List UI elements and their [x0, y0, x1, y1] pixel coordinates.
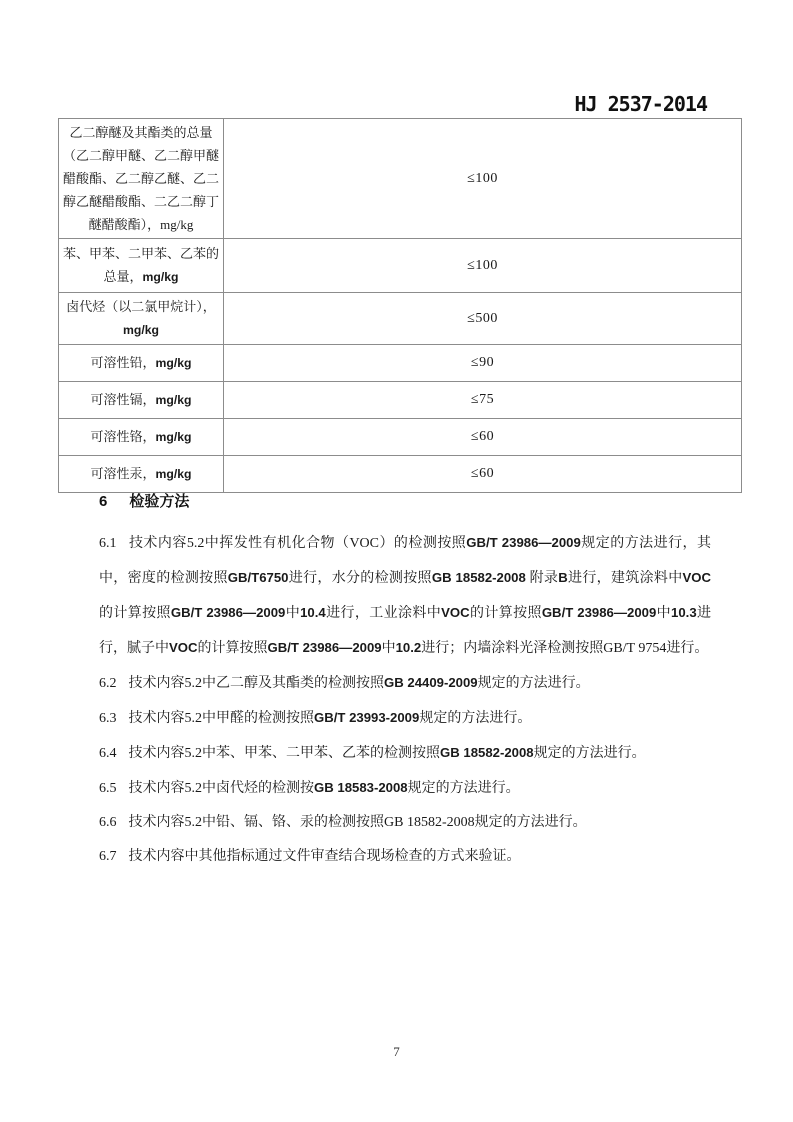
limit-cell: ≤60 — [224, 456, 742, 493]
clause-6-2: 6.2技术内容5.2中乙二醇及其酯类的检测按照GB 24409-2009规定的方… — [99, 666, 711, 701]
clause-text: 技术内容5.2中挥发性有机化合物（VOC）的检测按照GB/T 23986—200… — [99, 536, 711, 656]
clause-6-7: 6.7技术内容中其他指标通过文件审查结合现场检查的方式来验证。 — [99, 840, 711, 874]
document-page: HJ 2537-2014 乙二醇醚及其酯类的总量（乙二醇甲醚、乙二醇甲醚醋酸酯、… — [0, 0, 793, 1122]
clause-text: 技术内容5.2中苯、甲苯、二甲苯、乙苯的检测按照GB 18582-2008规定的… — [129, 746, 646, 761]
clause-6-6: 6.6技术内容5.2中铅、镉、铬、汞的检测按照GB 18582-2008规定的方… — [99, 806, 711, 840]
clause-number: 6.4 — [99, 737, 117, 771]
clause-number: 6.7 — [99, 840, 117, 874]
clause-text: 技术内容5.2中卤代烃的检测按GB 18583-2008规定的方法进行。 — [129, 781, 520, 796]
limit-cell: ≤100 — [224, 239, 742, 293]
standard-code: HJ 2537-2014 — [575, 92, 708, 116]
table-row: 苯、甲苯、二甲苯、乙苯的总量，mg/kg ≤100 — [59, 239, 742, 293]
clause-6-5: 6.5技术内容5.2中卤代烃的检测按GB 18583-2008规定的方法进行。 — [99, 771, 711, 806]
page-number: 7 — [0, 1044, 793, 1060]
clause-number: 6.5 — [99, 772, 117, 806]
limit-cell: ≤90 — [224, 345, 742, 382]
limit-cell: ≤500 — [224, 293, 742, 345]
parameter-cell: 可溶性铬，mg/kg — [59, 419, 224, 456]
clause-number: 6.1 — [99, 527, 117, 561]
table-row: 乙二醇醚及其酯类的总量（乙二醇甲醚、乙二醇甲醚醋酸酯、乙二醇乙醚、乙二醇乙醚醋酸… — [59, 119, 742, 239]
parameter-cell: 苯、甲苯、二甲苯、乙苯的总量，mg/kg — [59, 239, 224, 293]
limits-table: 乙二醇醚及其酯类的总量（乙二醇甲醚、乙二醇甲醚醋酸酯、乙二醇乙醚、乙二醇乙醚醋酸… — [58, 118, 742, 493]
clause-6-3: 6.3技术内容5.2中甲醛的检测按照GB/T 23993-2009规定的方法进行… — [99, 701, 711, 736]
parameter-cell: 可溶性铅，mg/kg — [59, 345, 224, 382]
table-row: 可溶性镉，mg/kg ≤75 — [59, 382, 742, 419]
clause-text: 技术内容5.2中甲醛的检测按照GB/T 23993-2009规定的方法进行。 — [129, 711, 532, 726]
parameter-cell: 可溶性汞，mg/kg — [59, 456, 224, 493]
section-heading: 6检验方法 — [99, 492, 711, 512]
parameter-cell: 乙二醇醚及其酯类的总量（乙二醇甲醚、乙二醇甲醚醋酸酯、乙二醇乙醚、乙二醇乙醚醋酸… — [59, 119, 224, 239]
clause-number: 6.6 — [99, 806, 117, 840]
table-row: 可溶性汞，mg/kg ≤60 — [59, 456, 742, 493]
table-row: 可溶性铬，mg/kg ≤60 — [59, 419, 742, 456]
limit-cell: ≤60 — [224, 419, 742, 456]
limit-cell: ≤75 — [224, 382, 742, 419]
clause-number: 6.2 — [99, 667, 117, 701]
clause-text: 技术内容5.2中铅、镉、铬、汞的检测按照GB 18582-2008规定的方法进行… — [129, 815, 587, 830]
inspection-methods-section: 6检验方法 6.1技术内容5.2中挥发性有机化合物（VOC）的检测按照GB/T … — [99, 492, 711, 874]
table-row: 卤代烃（以二氯甲烷计），mg/kg ≤500 — [59, 293, 742, 345]
limit-cell: ≤100 — [224, 119, 742, 239]
parameter-cell: 卤代烃（以二氯甲烷计），mg/kg — [59, 293, 224, 345]
parameter-cell: 可溶性镉，mg/kg — [59, 382, 224, 419]
table-row: 可溶性铅，mg/kg ≤90 — [59, 345, 742, 382]
section-number: 6 — [99, 492, 107, 512]
clause-6-1: 6.1技术内容5.2中挥发性有机化合物（VOC）的检测按照GB/T 23986—… — [99, 526, 711, 666]
section-title: 检验方法 — [129, 493, 189, 510]
clause-text: 技术内容中其他指标通过文件审查结合现场检查的方式来验证。 — [129, 849, 521, 864]
clause-number: 6.3 — [99, 702, 117, 736]
clause-text: 技术内容5.2中乙二醇及其酯类的检测按照GB 24409-2009规定的方法进行… — [129, 676, 590, 691]
clause-6-4: 6.4技术内容5.2中苯、甲苯、二甲苯、乙苯的检测按照GB 18582-2008… — [99, 736, 711, 771]
